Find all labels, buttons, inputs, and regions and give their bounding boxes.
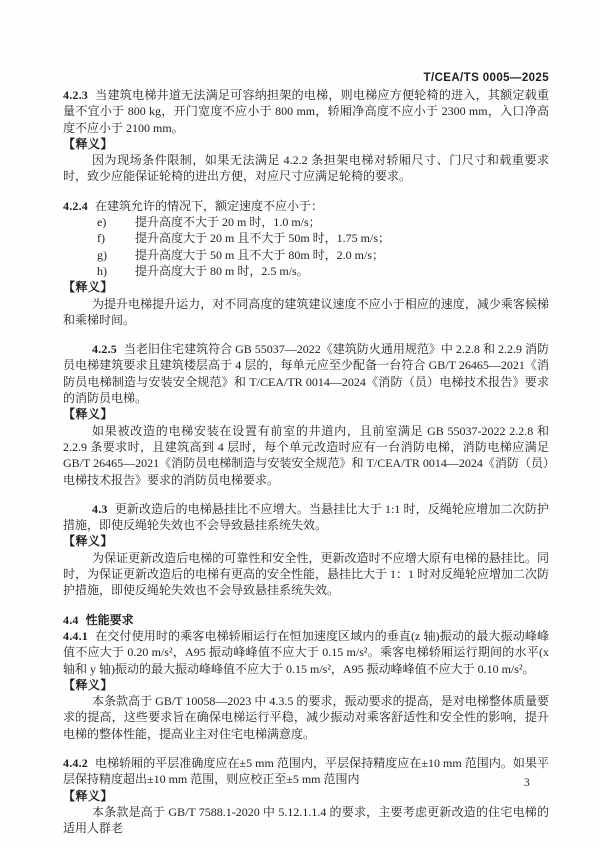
- clause-number: 4.3: [92, 502, 108, 516]
- interpretation-text: 本条款高于 GB/T 10058—2023 中 4.3.5 的要求，振动要求的提…: [63, 693, 549, 742]
- clause-number: 4.2.4: [63, 199, 88, 213]
- clause-number: 4.2.5: [92, 342, 117, 356]
- interpretation-marker: 【释义】: [63, 279, 549, 295]
- clause-text: 电梯轿厢的平层准确度应在±5 mm 范围内，平层保持精度应在±10 mm 范围内…: [63, 756, 549, 786]
- interpretation-marker: 【释义】: [63, 788, 549, 804]
- list-item-f: f)提升高度大于 20 m 且不大于 50m 时，1.75 m/s；: [63, 230, 549, 246]
- clause-text: 在建筑允许的情况下，额定速度不应小于：: [95, 199, 323, 213]
- list-item-h: h)提升高度大于 80 m 时，2.5 m/s。: [63, 263, 549, 279]
- list-text: 提升高度不大于 20 m 时，1.0 m/s；: [135, 215, 321, 229]
- document-page: T/CEA/TS 0005—2025 4.2.3当建筑电梯井道无法满足可容纳担架…: [0, 0, 600, 848]
- list-label: h): [97, 263, 135, 279]
- interpretation-text: 为保证更新改造后电梯的可靠性和安全性，更新改造时不应增大原有电梯的悬挂比。同时，…: [63, 550, 549, 599]
- clause-number: 4.4.2: [63, 756, 88, 770]
- clause-4-2-3: 4.2.3当建筑电梯井道无法满足可容纳担架的电梯，则电梯应方便轮椅的进入，其额定…: [63, 87, 549, 136]
- interpretation-marker: 【释义】: [63, 677, 549, 693]
- list-label: f): [97, 230, 135, 246]
- interpretation-text: 因为现场条件限制，如果无法满足 4.2.2 条担架电梯对轿厢尺寸、门尺寸和载重要…: [63, 152, 549, 185]
- clause-number: 4.2.3: [63, 88, 88, 102]
- interpretation-text: 为提升电梯提升运力，对不同高度的建筑建议速度不应小于相应的速度，减少乘客候梯和乘…: [63, 296, 549, 329]
- interpretation-marker: 【释义】: [63, 533, 549, 549]
- interpretation-marker: 【释义】: [63, 136, 549, 152]
- clause-4-4-2: 4.4.2电梯轿厢的平层准确度应在±5 mm 范围内，平层保持精度应在±10 m…: [63, 755, 549, 788]
- document-body: 4.2.3当建筑电梯井道无法满足可容纳担架的电梯，则电梯应方便轮椅的进入，其额定…: [63, 87, 549, 836]
- clause-4-2-4: 4.2.4在建筑允许的情况下，额定速度不应小于：: [63, 198, 549, 214]
- clause-text: 当老旧住宅建筑符合 GB 55037—2022《建筑防火通用规范》中 2.2.8…: [63, 342, 549, 405]
- list-label: e): [97, 214, 135, 230]
- document-header: T/CEA/TS 0005—2025: [63, 72, 549, 84]
- page-number: 3: [524, 777, 530, 789]
- interpretation-text: 本条款是高于 GB/T 7588.1-2020 中 5.12.1.1.4 的要求…: [63, 804, 549, 837]
- clause-4-3: 4.3更新改造后的电梯悬挂比不应增大。当悬挂比大于 1:1 时，反绳轮应增加二次…: [63, 501, 549, 534]
- list-label: g): [97, 247, 135, 263]
- clause-text: 当建筑电梯井道无法满足可容纳担架的电梯，则电梯应方便轮椅的进入，其额定载重量不宜…: [63, 88, 549, 135]
- clause-4-2-5: 4.2.5当老旧住宅建筑符合 GB 55037—2022《建筑防火通用规范》中 …: [63, 341, 549, 406]
- list-item-g: g)提升高度大于 50 m 且不大于 80m 时，2.0 m/s；: [63, 247, 549, 263]
- clause-number: 4.4: [63, 613, 79, 627]
- standard-code: T/CEA/TS 0005—2025: [424, 72, 549, 84]
- clause-4-4-1: 4.4.1在交付使用时的乘客电梯轿厢运行在恒加速度区域内的垂直(z 轴)振动的最…: [63, 628, 549, 677]
- list-text: 提升高度大于 80 m 时，2.5 m/s。: [135, 264, 309, 278]
- list-item-e: e)提升高度不大于 20 m 时，1.0 m/s；: [63, 214, 549, 230]
- list-text: 提升高度大于 50 m 且不大于 80m 时，2.0 m/s；: [135, 248, 384, 262]
- heading-4-4: 4.4性能要求: [63, 612, 549, 628]
- interpretation-marker: 【释义】: [63, 406, 549, 422]
- clause-text: 更新改造后的电梯悬挂比不应增大。当悬挂比大于 1:1 时，反绳轮应增加二次防护措…: [63, 502, 549, 532]
- heading-text: 性能要求: [86, 613, 134, 627]
- list-text: 提升高度大于 20 m 且不大于 50m 时，1.75 m/s；: [135, 231, 390, 245]
- clause-text: 在交付使用时的乘客电梯轿厢运行在恒加速度区域内的垂直(z 轴)振动的最大振动峰峰…: [63, 629, 549, 676]
- interpretation-text: 如果被改造的电梯安装在设置有前室的井道内，且前室满足 GB 55037-2022…: [63, 423, 549, 488]
- clause-number: 4.4.1: [63, 629, 88, 643]
